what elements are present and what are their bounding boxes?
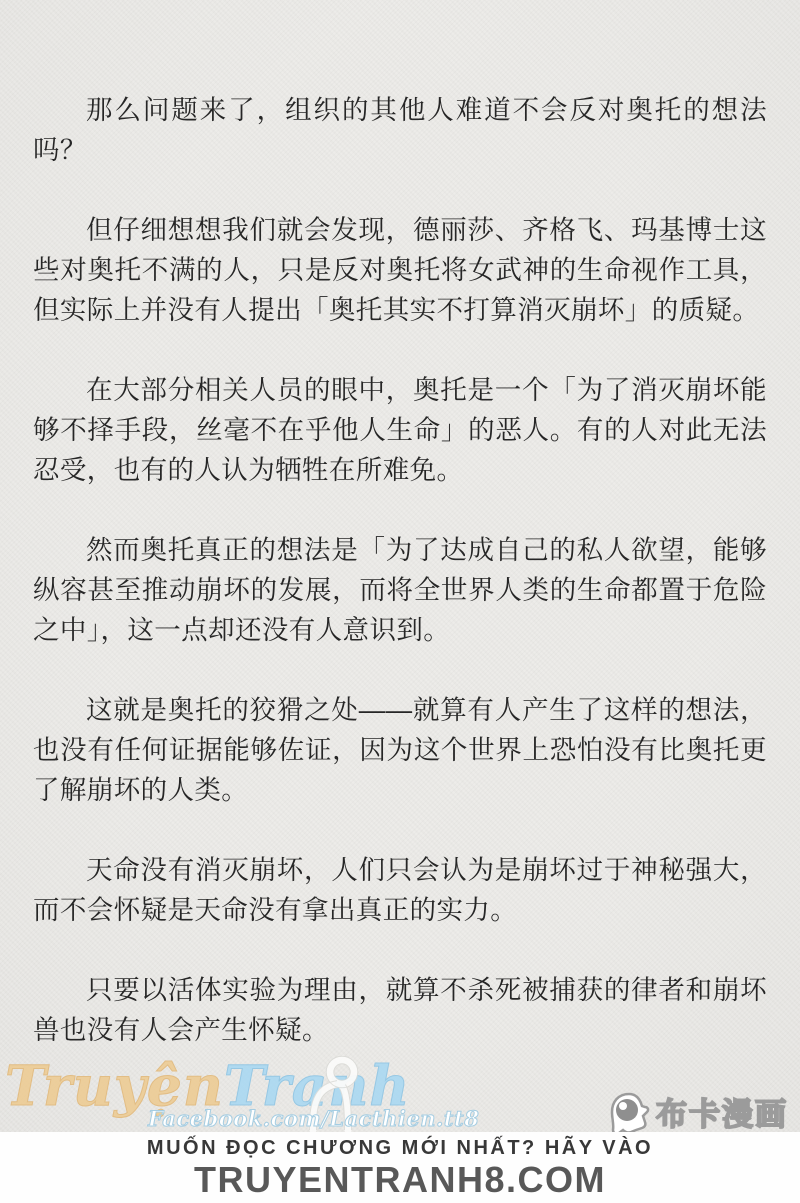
buka-icon (609, 1092, 651, 1136)
banner-cta-text: MUỐN ĐỌC CHƯƠNG MỚI NHẤT? HÃY VÀO (147, 1137, 653, 1160)
text-panel: 那么问题来了，组织的其他人难道不会反对奥托的想法吗？ 但仔细想想我们就会发现，德… (33, 90, 767, 1090)
paragraph-5: 这就是奥托的狡猾之处——就算有人产生了这样的想法，也没有任何证据能够佐证，因为这… (33, 690, 767, 810)
paper-background: 那么问题来了，组织的其他人难道不会反对奥托的想法吗？ 但仔细想想我们就会发现，德… (0, 0, 800, 1132)
paragraph-4: 然而奥托真正的想法是「为了达成自己的私人欲望，能够纵容甚至推动崩坏的发展，而将全… (33, 530, 767, 650)
footer-banner: MUỐN ĐỌC CHƯƠNG MỚI NHẤT? HÃY VÀO TRUYEN… (0, 1132, 800, 1203)
paragraph-6: 天命没有消灭崩坏，人们只会认为是崩坏过于神秘强大，而不会怀疑是天命没有拿出真正的… (33, 850, 767, 930)
buka-label: 布卡漫画 (656, 1099, 788, 1130)
paragraph-3: 在大部分相关人员的眼中，奥托是一个「为了消灭崩坏能够不择手段，丝毫不在乎他人生命… (33, 370, 767, 490)
paragraph-7: 只要以活体实验为理由，就算不杀死被捕获的律者和崩坏兽也没有人会产生怀疑。 (33, 970, 767, 1050)
manga-text-page: 那么问题来了，组织的其他人难道不会反对奥托的想法吗？ 但仔细想想我们就会发现，德… (0, 0, 800, 1203)
buka-logo: 布卡漫画 (609, 1092, 788, 1136)
banner-site-url: TRUYENTRANH8.COM (194, 1159, 606, 1201)
paragraph-2: 但仔细想想我们就会发现，德丽莎、齐格飞、玛基博士这些对奥托不满的人，只是反对奥托… (33, 210, 767, 330)
paragraph-1: 那么问题来了，组织的其他人难道不会反对奥托的想法吗？ (33, 90, 767, 170)
watermark-facebook-url: Facebook.com/Lacthien.tt8 (148, 1106, 479, 1131)
